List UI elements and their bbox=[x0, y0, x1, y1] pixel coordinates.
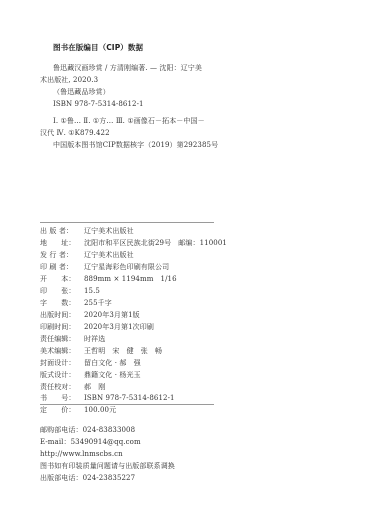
imprint-label: 印 刷 者： bbox=[40, 263, 84, 272]
imprint-row-printer: 印 刷 者：辽宁星海彩色印刷有限公司 bbox=[40, 263, 169, 272]
imprint-value: 辽宁美术出版社 bbox=[84, 227, 134, 235]
price-row: 定 价：100.00元 bbox=[40, 406, 116, 415]
imprint-row-cover-design: 封面设计：留白文化 · 郝 强 bbox=[40, 359, 141, 368]
imprint-label: 印刷时间： bbox=[40, 323, 84, 332]
publishing-dept-phone: 出版部电话：024-23835227 bbox=[40, 474, 135, 483]
imprint-row-word-count: 字 数：255千字 bbox=[40, 299, 112, 308]
imprint-row-distributor: 发 行 者：辽宁美术出版社 bbox=[40, 251, 134, 260]
email: E-mail：53490914@qq.com bbox=[40, 438, 141, 447]
cip-isbn: ISBN 978-7-5314-8612-1 bbox=[53, 100, 144, 109]
imprint-value: 2020年3月第1次印刷 bbox=[84, 323, 154, 331]
cip-record-number: 中国版本图书馆CIP数据核字（2019）第292385号 bbox=[53, 141, 218, 150]
imprint-value: 留白文化 · 郝 强 bbox=[84, 359, 141, 367]
imprint-row-art-editor: 美术编辑：王哲明 宋 健 张 畅 bbox=[40, 347, 162, 356]
imprint-value: 255千字 bbox=[84, 299, 112, 307]
imprint-label: 出 版 者： bbox=[40, 227, 84, 236]
imprint-value: 鼎籍文化 · 杨光玉 bbox=[84, 371, 141, 379]
imprint-value: ISBN 978-7-5314-8612-1 bbox=[84, 394, 175, 402]
imprint-row-layout-design: 版式设计：鼎籍文化 · 杨光玉 bbox=[40, 371, 141, 380]
imprint-label: 开 本： bbox=[40, 275, 84, 284]
imprint-row-address: 地 址：沈阳市和平区民族北街29号 邮编：110001 bbox=[40, 239, 227, 248]
price-label: 定 价： bbox=[40, 406, 84, 415]
imprint-row-isbn: 书 号：ISBN 978-7-5314-8612-1 bbox=[40, 394, 175, 403]
imprint-label: 版式设计： bbox=[40, 371, 84, 380]
cip-line: 术出版社, 2020.3 bbox=[40, 76, 98, 85]
imprint-value: 15.5 bbox=[84, 287, 100, 295]
imprint-value: 辽宁美术出版社 bbox=[84, 251, 134, 259]
imprint-value: 2020年3月第1版 bbox=[84, 311, 140, 319]
imprint-label: 书 号： bbox=[40, 394, 84, 403]
divider-top bbox=[40, 222, 214, 223]
imprint-row-print-date: 印刷时间：2020年3月第1次印刷 bbox=[40, 323, 154, 332]
imprint-row-format: 开 本：889mm × 1194mm 1/16 bbox=[40, 275, 177, 284]
imprint-value: 辽宁星海彩色印刷有限公司 bbox=[84, 263, 169, 271]
imprint-row-editor: 责任编辑：时祥选 bbox=[40, 335, 105, 344]
imprint-label: 出版时间： bbox=[40, 311, 84, 320]
imprint-label: 责任校对： bbox=[40, 383, 84, 392]
price-value: 100.00元 bbox=[84, 406, 116, 414]
imprint-label: 责任编辑： bbox=[40, 335, 84, 344]
imprint-label: 印 张： bbox=[40, 287, 84, 296]
imprint-value: 郝 刚 bbox=[84, 383, 105, 391]
imprint-label: 美术编辑： bbox=[40, 347, 84, 356]
cip-heading: 图书在版编目（CIP）数据 bbox=[53, 43, 143, 52]
imprint-row-publication-date: 出版时间：2020年3月第1版 bbox=[40, 311, 140, 320]
cip-series: （鲁迅藏品珍赏） bbox=[53, 88, 110, 97]
imprint-label: 发 行 者： bbox=[40, 251, 84, 260]
imprint-value: 889mm × 1194mm 1/16 bbox=[84, 275, 177, 283]
website-link: http://www.lnmscbs.cn bbox=[40, 450, 123, 459]
imprint-value: 时祥选 bbox=[84, 335, 105, 343]
imprint-row-proofreader: 责任校对：郝 刚 bbox=[40, 383, 105, 392]
imprint-label: 封面设计： bbox=[40, 359, 84, 368]
imprint-row-sheets: 印 张：15.5 bbox=[40, 287, 100, 296]
divider-bottom bbox=[40, 404, 214, 405]
cip-classification-cont: 汉代 Ⅳ. ①K879.422 bbox=[40, 129, 110, 138]
imprint-value: 王哲明 宋 健 张 畅 bbox=[84, 347, 162, 355]
mail-order-phone: 邮购部电话：024-83833008 bbox=[40, 426, 135, 435]
cip-line: 鲁迅藏汉画珍赏 / 方清刚编著. — 沈阳：辽宁美 bbox=[53, 64, 202, 73]
quality-notice: 图书如有印装质量问题请与出版部联系调换 bbox=[40, 462, 175, 471]
copyright-page: 图书在版编目（CIP）数据 鲁迅藏汉画珍赏 / 方清刚编著. — 沈阳：辽宁美 … bbox=[0, 0, 375, 522]
cip-classification: Ⅰ. ①鲁… Ⅱ. ①方… Ⅲ. ①画像石－拓本－中国－ bbox=[53, 117, 205, 126]
imprint-row-publisher: 出 版 者：辽宁美术出版社 bbox=[40, 227, 134, 236]
imprint-label: 地 址： bbox=[40, 239, 84, 248]
imprint-label: 字 数： bbox=[40, 299, 84, 308]
imprint-value: 沈阳市和平区民族北街29号 邮编：110001 bbox=[84, 239, 227, 247]
